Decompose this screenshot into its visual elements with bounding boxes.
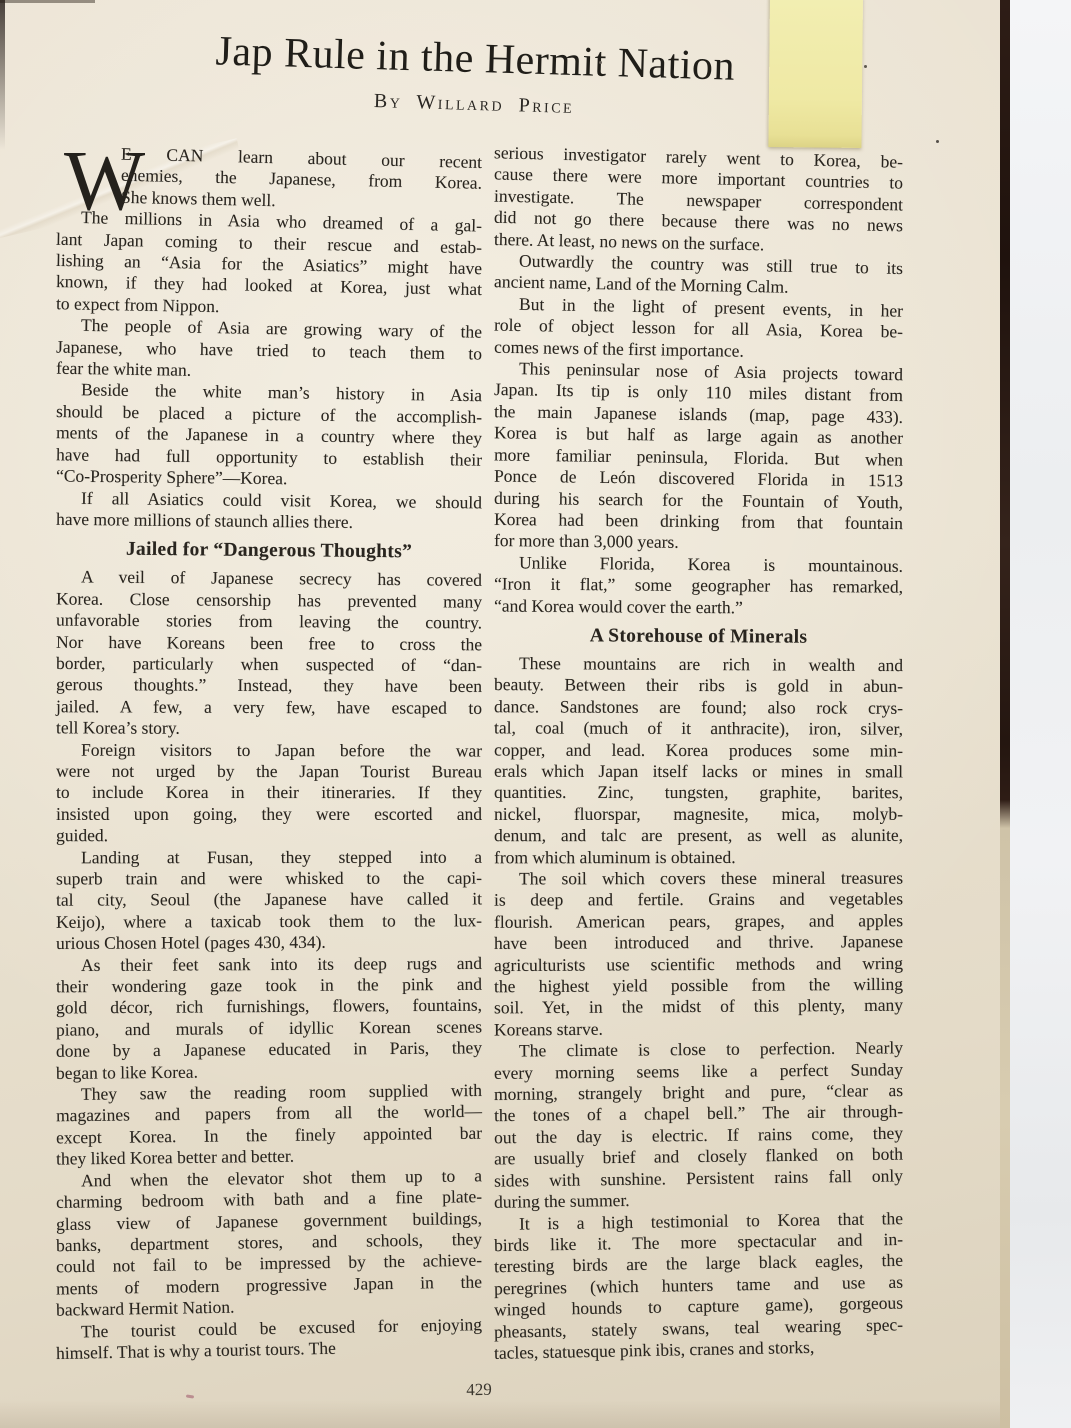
text-line: As their feet sank into its deep rugs an… bbox=[56, 953, 482, 977]
text-line: unfavorable stories from leaving the cou… bbox=[56, 610, 482, 634]
paragraph: Beside the white man’s history in Asiash… bbox=[56, 382, 482, 489]
paragraph: Unlike Florida, Korea is mountainous.“Ir… bbox=[494, 554, 903, 618]
text-line: to include Korea in their itineraries. I… bbox=[56, 782, 482, 804]
paragraph: It is a high testimonial to Korea that t… bbox=[494, 1211, 903, 1361]
text-line: tell Korea’s story. bbox=[56, 717, 482, 740]
paragraph: The people of Asia are growing wary of t… bbox=[56, 318, 482, 382]
text-line: tal city, Seoul (the Japanese have calle… bbox=[56, 889, 482, 912]
text-line: Landing at Fusan, they stepped into a bbox=[56, 846, 482, 868]
paragraph: These mountains are rich in wealth andbe… bbox=[494, 654, 903, 868]
sticky-note bbox=[768, 0, 863, 148]
paper-speck bbox=[599, 61, 602, 64]
paragraph: If all Asiatics could visit Korea, we sh… bbox=[56, 490, 482, 533]
section-heading: Jailed for “Dangerous Thoughts” bbox=[56, 538, 482, 564]
text-line: erals which Japan itself lacks or mines … bbox=[494, 761, 903, 783]
text-line: “Iron it flat,” some geographer has rema… bbox=[494, 573, 903, 598]
page-top-edge-shadow bbox=[0, 0, 95, 3]
masthead: Jap Rule in the Hermit Nation By Willard… bbox=[94, 24, 856, 128]
paragraph: But in the light of present events, in h… bbox=[494, 297, 903, 361]
section-heading: A Storehouse of Minerals bbox=[494, 625, 903, 650]
text-line: dance. Sandstones are found; also rock c… bbox=[494, 696, 903, 719]
paragraph: Foreign visitors to Japan before the war… bbox=[56, 740, 482, 847]
text-line: were not urged by the Japan Tourist Bure… bbox=[56, 761, 482, 783]
paper-mark bbox=[186, 1394, 194, 1398]
text-line: insisted upon going, they were escorted … bbox=[56, 804, 482, 825]
text-line: is deep and fertile. Grains and vegetabl… bbox=[494, 889, 903, 912]
text-line: border, particularly when suspected of “… bbox=[56, 653, 482, 677]
paragraph: Landing at Fusan, they stepped into asup… bbox=[56, 847, 482, 954]
background-surface bbox=[1010, 0, 1071, 1428]
text-line: Foreign visitors to Japan before the war bbox=[56, 739, 482, 761]
text-line: The soil which covers these mineral trea… bbox=[494, 868, 903, 890]
text-line: have been introduced and thrive. Japanes… bbox=[494, 931, 903, 954]
text-line: copper, and lead. Korea produces some mi… bbox=[494, 739, 903, 761]
page-left-edge-shadow bbox=[0, 0, 5, 150]
paper-speck bbox=[936, 140, 939, 143]
text-line: flourish. American pears, grapes, and ap… bbox=[494, 910, 903, 933]
text-line: from which aluminum is obtained. bbox=[494, 846, 903, 868]
article-title: Jap Rule in the Hermit Nation bbox=[95, 24, 856, 95]
text-line: These mountains are rich in wealth and bbox=[494, 653, 903, 677]
paragraph: Outwardly the country was still true to … bbox=[494, 254, 903, 297]
text-line: gerous thoughts.” Instead, they have bee… bbox=[56, 674, 482, 697]
page-bottom-shadow bbox=[0, 1400, 1000, 1428]
text-line: Keijo), where a taxicab took them to the… bbox=[56, 910, 482, 933]
text-line: agriculturists use scientific methods an… bbox=[494, 953, 903, 977]
paragraph: serious investigator rarely went to Kore… bbox=[494, 147, 903, 254]
text-line: beauty. Between their ribs is gold in ab… bbox=[494, 674, 903, 697]
paragraph: As their feet sank into its deep rugs an… bbox=[56, 954, 482, 1082]
text-line: A veil of Japanese secrecy has covered bbox=[56, 567, 482, 592]
text-line: soil. Yet, in the midst of this plenty, … bbox=[494, 995, 903, 1019]
text-column-left: WE CAN learn about our recentenemies, th… bbox=[56, 147, 482, 1360]
paragraph: The millions in Asia who dreamed of a ga… bbox=[56, 211, 482, 318]
text-line: quantities. Zinc, tungsten, graphite, ba… bbox=[494, 782, 903, 804]
paragraph: The tourist could be excused for enjoyin… bbox=[56, 1318, 482, 1361]
text-line: jailed. A few, a very few, have escaped … bbox=[56, 696, 482, 719]
paragraph: WE CAN learn about our recentenemies, th… bbox=[56, 147, 482, 211]
text-line: guided. bbox=[56, 825, 482, 847]
text-line: The climate is close to perfection. Near… bbox=[494, 1038, 903, 1063]
paragraph: They saw the reading room supplied withm… bbox=[56, 1082, 482, 1168]
book-cover-edge bbox=[1000, 0, 1010, 1428]
text-line: denum, and talc are present, as well as … bbox=[494, 825, 903, 847]
paragraph: This peninsular nose of Asia projects to… bbox=[494, 361, 903, 554]
paragraph: A veil of Japanese secrecy has coveredKo… bbox=[56, 568, 482, 739]
text-line: superb train and were whisked to the cap… bbox=[56, 868, 482, 890]
text-line: Nor have Koreans been free to cross the bbox=[56, 631, 482, 655]
text-line: tal, coal (much of it anthracite), iron,… bbox=[494, 718, 903, 741]
text-column-right: serious investigator rarely went to Kore… bbox=[494, 147, 903, 1360]
paragraph: And when the elevator shot them up to ac… bbox=[56, 1168, 482, 1318]
paragraph: The climate is close to perfection. Near… bbox=[494, 1039, 903, 1210]
paragraph: The soil which covers these mineral trea… bbox=[494, 868, 903, 1039]
book-page: Jap Rule in the Hermit Nation By Willard… bbox=[0, 0, 1000, 1428]
text-line: have more millions of staunch allies the… bbox=[56, 509, 482, 535]
page-number: 429 bbox=[452, 1380, 506, 1401]
text-line: “and Korea would cover the earth.” bbox=[494, 595, 903, 619]
text-line: urious Chosen Hotel (pages 430, 434). bbox=[56, 931, 482, 954]
paper-speck bbox=[864, 65, 867, 68]
text-line: nickel, fluorspar, magnesite, mica, moly… bbox=[494, 804, 903, 825]
text-line: gold décor, rich furnishings, flowers, f… bbox=[56, 995, 482, 1019]
